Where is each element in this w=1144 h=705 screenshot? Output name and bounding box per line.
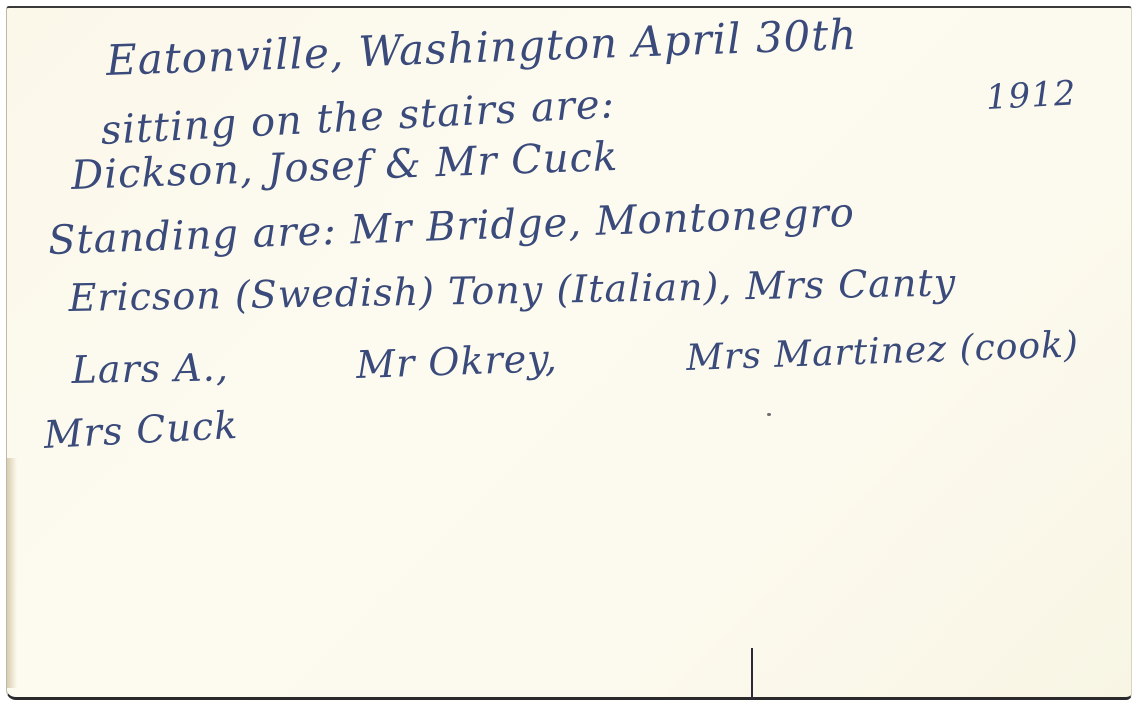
standing-names-1: Ericson (Swedish) Tony (Italian), Mrs Ca… [68, 261, 956, 320]
standing-names-2a: Lars A., [71, 345, 229, 392]
standing-heading: Standing are: Mr Bridge, Montonegro [47, 190, 855, 264]
standing-names-2c: Mrs Martinez (cook) [686, 324, 1080, 379]
edge-stain [7, 458, 17, 688]
postcard: Eatonville, Washington April 30th 1912 s… [6, 6, 1132, 700]
year-line: 1912 [985, 73, 1078, 118]
location-date-line: Eatonville, Washington April 30th [105, 10, 858, 85]
ink-speck [767, 413, 771, 416]
standing-names-3: Mrs Cuck [43, 403, 240, 457]
divider-mark [751, 648, 753, 700]
standing-names-2b: Mr Okrey, [355, 336, 558, 387]
